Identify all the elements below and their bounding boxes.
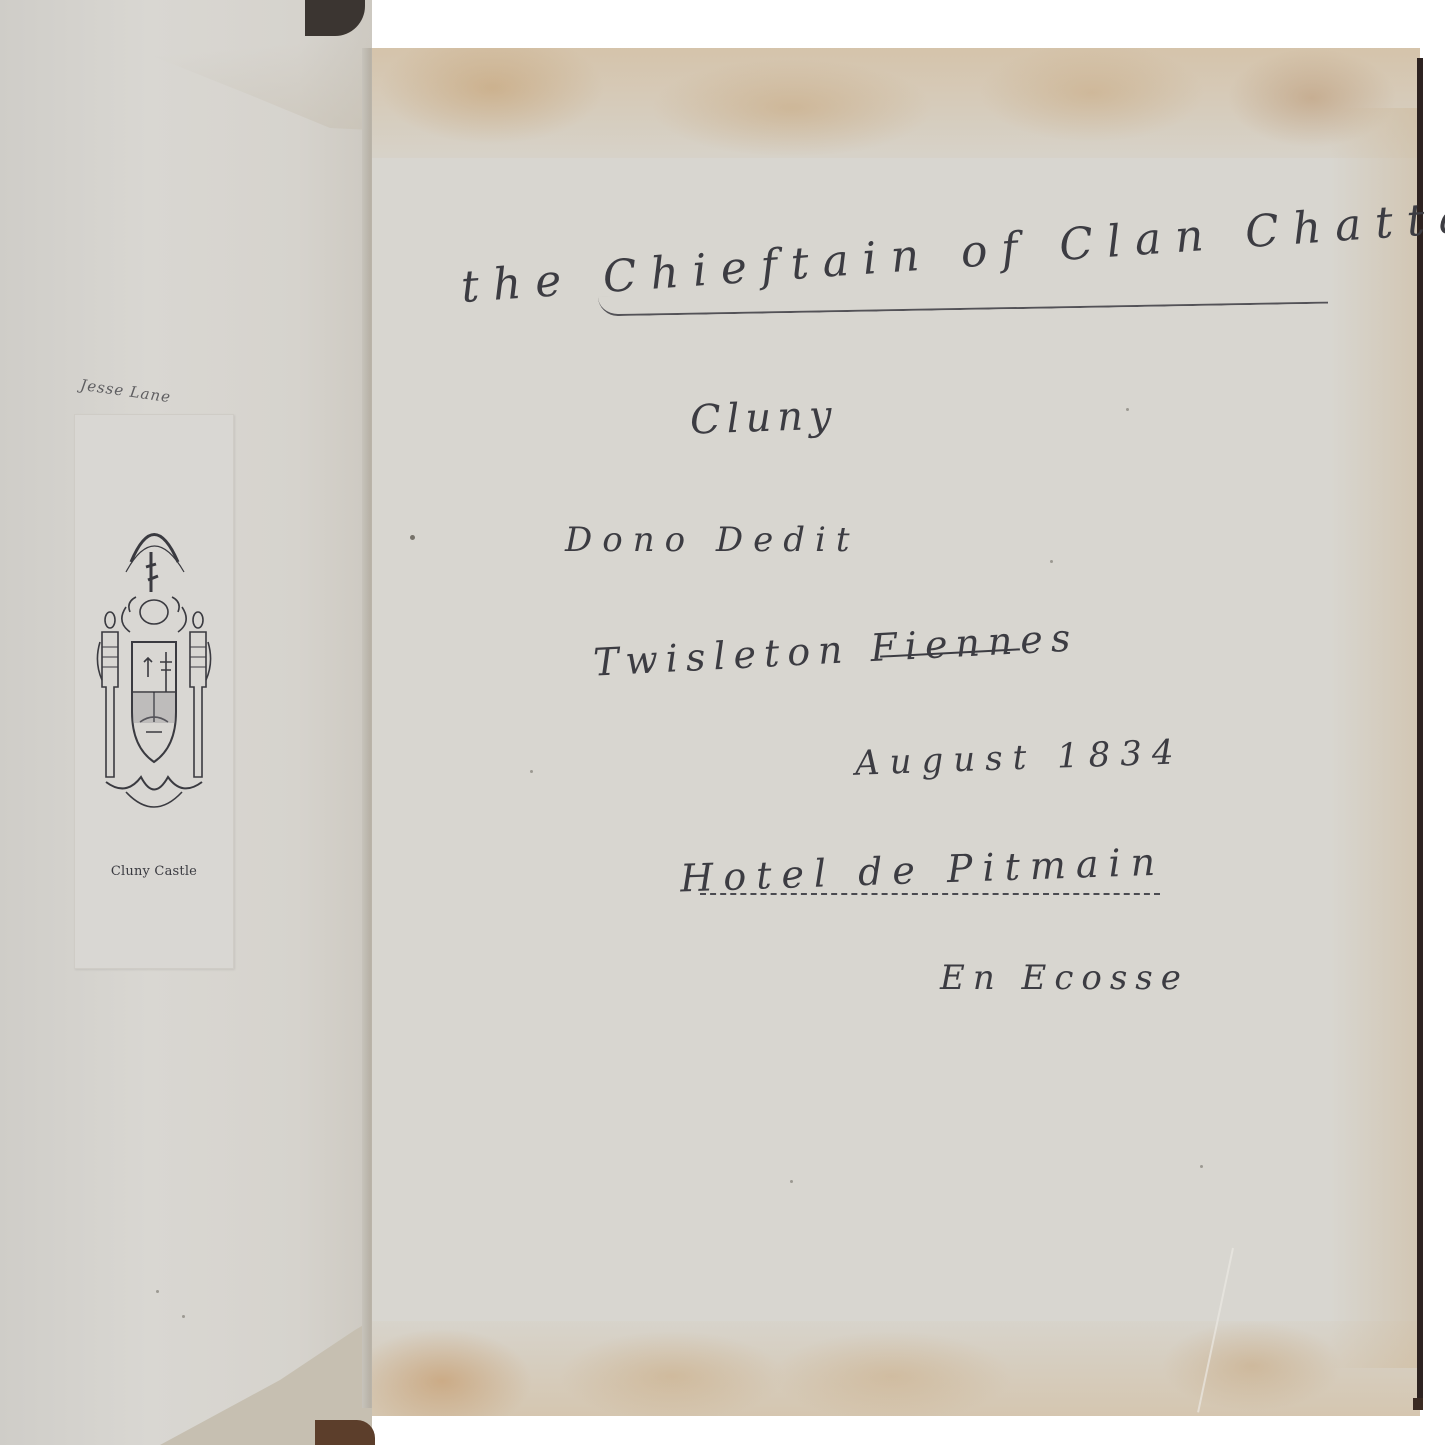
ink-speck [182, 1315, 185, 1318]
ink-speck [530, 770, 533, 773]
ink-speck [1126, 408, 1129, 411]
left-pastedown-page: Jesse Lane [0, 0, 372, 1445]
binding-edge [1417, 58, 1423, 1408]
cover-board-bottom [315, 1420, 375, 1445]
pencil-note: Jesse Lane [79, 376, 172, 407]
ink-speck [790, 1180, 793, 1183]
ink-speck [410, 535, 415, 540]
inscription-line-dono-dedit: Dono Dedit [565, 520, 860, 560]
book-photograph: Jesse Lane [0, 0, 1445, 1445]
inscription-line-cluny: Cluny [689, 392, 838, 443]
bookplate-caption: Cluny Castle [74, 864, 234, 879]
inscription-line-country: En Ecosse [940, 958, 1189, 998]
foxing-stain-bottom [372, 1321, 1420, 1416]
ink-speck [1050, 560, 1053, 563]
foxing-stain-top [372, 48, 1420, 158]
armorial-bookplate: Cluny Castle [74, 414, 234, 969]
ink-speck [156, 1290, 159, 1293]
binding-corner [1413, 1398, 1423, 1410]
ink-speck [1200, 1165, 1203, 1168]
coat-of-arms-icon [96, 512, 212, 832]
foxing-stain-right [1330, 108, 1420, 1368]
place-dashed-underline [700, 893, 1160, 895]
